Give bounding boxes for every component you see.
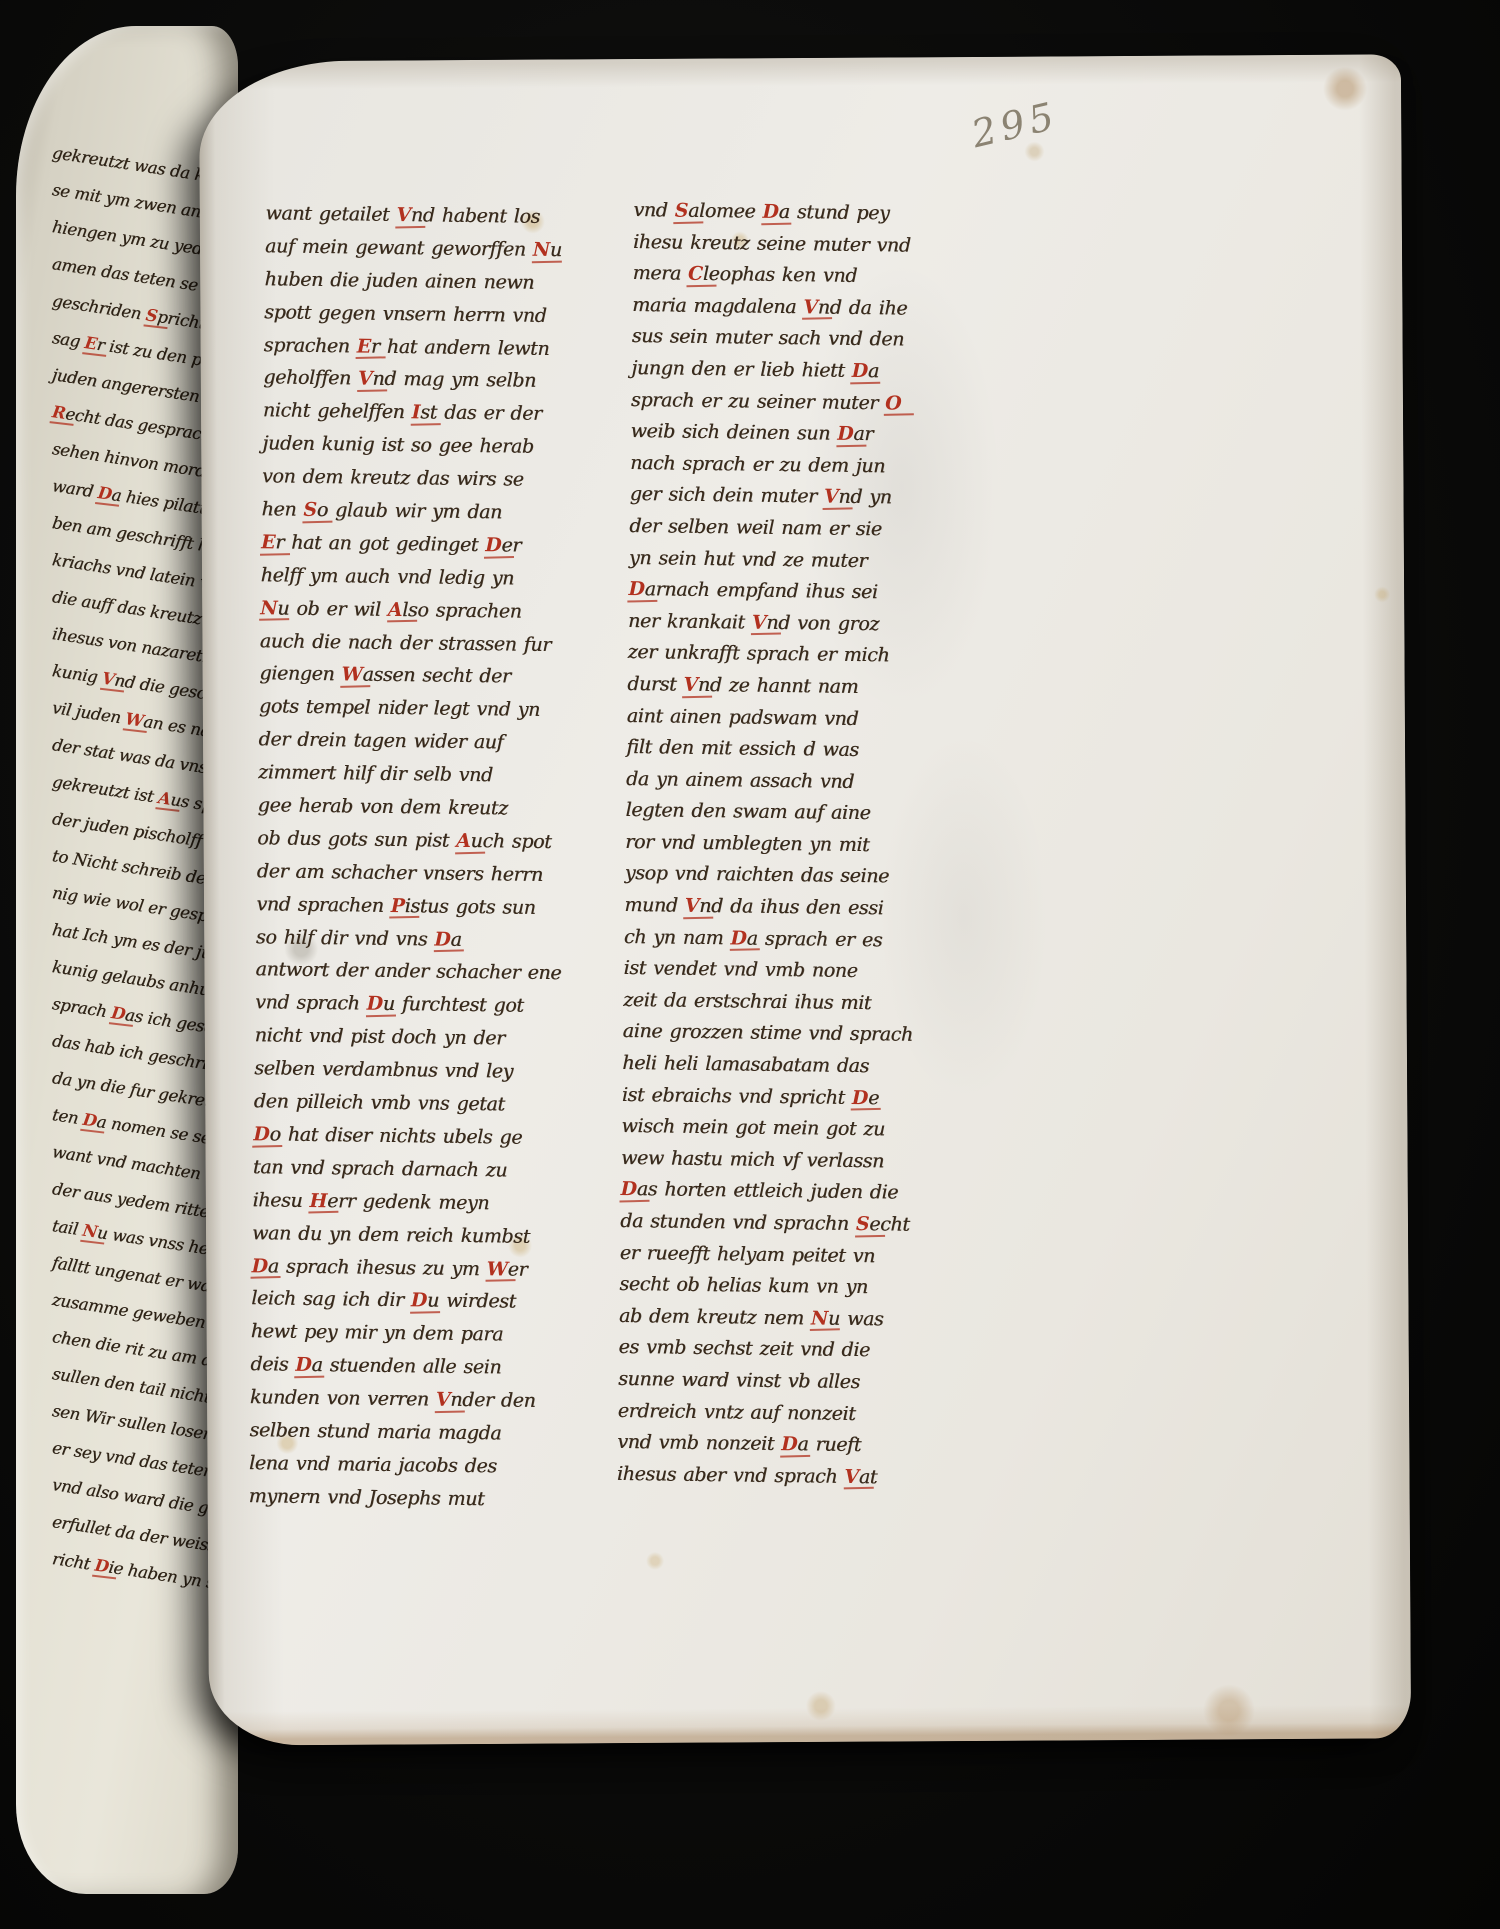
rubricated-initial: D [485,534,501,556]
manuscript-line: nach sprach er zu dem jun [630,448,956,484]
manuscript-line: sprach er zu seiner muter O [631,385,957,421]
manuscript-line: er rueefft helyam peitet vn [620,1238,946,1274]
manuscript-line: ihesus aber vnd sprach Vat [617,1459,943,1495]
manuscript-line: da stunden vnd sprachn Secht [620,1206,946,1242]
manuscript-line: so hilf dir vnd vns Da [256,921,592,958]
manuscript-line: selben verdambnus vnd ley [254,1052,590,1089]
manuscript-line: mund Vnd da ihus den essi [624,890,950,926]
rubricated-initial: N [811,1307,828,1329]
manuscript-line: ab dem kreutz nem Nu was [619,1301,945,1337]
rubricated-initial: D [762,201,778,223]
rubricated-initial: D [93,1556,110,1577]
manuscript-line: Do hat diser nichts ubels ge [253,1118,589,1155]
rubricated-initial: V [101,669,116,690]
manuscript-line: weib sich deinen sun Dar [630,416,956,452]
manuscript-line: nicht vnd pist doch yn der [255,1019,591,1056]
manuscript-line: gee herab von dem kreutz [258,789,594,826]
manuscript-line: Da sprach ihesus zu ym Wer [251,1250,587,1287]
manuscript-line: kunden von verren Vnder den [250,1381,586,1418]
manuscript-line: mynern vnd Josephs mut [248,1480,584,1517]
rubricated-initial: V [358,368,373,390]
manuscript-line: ror vnd umblegten yn mit [625,827,951,863]
rubricated-initial: A [388,599,403,621]
manuscript-line: want getailet Vnd habent los [265,197,601,234]
manuscript-line: Das horten ettleich juden die [620,1174,946,1210]
rubricated-initial: R [51,402,67,423]
manuscript-line: vnd sprachen Pistus gots sun [256,888,592,925]
rubricated-initial: V [396,204,411,226]
manuscript-line: wan du yn dem reich kumbst [252,1217,588,1254]
manuscript-line: mera Cleophas ken vnd [632,258,958,294]
manuscript-line: Nu ob er wil Also sprachen [260,592,596,629]
rubricated-initial: D [837,423,853,445]
manuscript-line: huben die juden ainen newn [264,263,600,300]
manuscript-page: 295 want getailet Vnd habent losauf mein… [199,54,1411,1745]
rubricated-initial: N [81,1221,98,1242]
manuscript-photo: gekreutzt was da kreutzigse mit ym zwen … [0,0,1500,1929]
rubricated-initial: D [82,1110,99,1131]
manuscript-line: vnd Salomee Da stund pey [633,195,959,231]
manuscript-line: ihesu kreutz seine muter vnd [633,227,959,263]
manuscript-line: erdreich vntz auf nonzeit [618,1395,944,1431]
rubricated-initial: S [145,305,159,326]
rubricated-initial: S [303,499,317,521]
rubricated-initial: V [844,1466,859,1488]
manuscript-line: wisch mein got mein got zu [621,1111,947,1147]
rubricated-initial: D [434,928,450,950]
rubricated-initial: D [367,993,383,1015]
manuscript-line: auf mein gewant geworffen Nu [265,230,601,267]
manuscript-line: da yn ainem assach vnd [626,764,952,800]
rubricated-initial: P [391,895,405,917]
rubricated-initial: V [683,674,698,696]
manuscript-line: secht ob helias kum vn yn [619,1269,945,1305]
manuscript-line: durst Vnd ze hannt nam [627,669,953,705]
rubricated-initial: W [487,1258,508,1280]
manuscript-line: nicht gehelffen Ist das er der [263,395,599,432]
manuscript-line: antwort der ander schacher ene [255,954,591,991]
rubricated-initial: D [411,1290,427,1312]
rubricated-initial: W [124,709,145,731]
rubricated-initial: A [456,830,471,852]
rubricated-initial: E [83,333,98,354]
manuscript-line: zer unkrafft sprach er mich [627,637,953,673]
manuscript-line: ch yn nam Da sprach er es [624,922,950,958]
manuscript-line: vnd vmb nonzeit Da rueft [617,1427,943,1463]
manuscript-line: sunne ward vinst vb alles [618,1364,944,1400]
manuscript-line: deis Da stuenden alle sein [250,1348,586,1385]
manuscript-line: yn sein hut vnd ze muter [629,543,955,579]
manuscript-line: geholffen Vnd mag ym selbn [263,362,599,399]
rubricated-initial: O [885,392,901,414]
manuscript-line: zimmert hilf dir selb vnd [258,756,594,793]
rubricated-initial: V [803,296,818,318]
rubricated-initial: D [253,1123,269,1145]
manuscript-line: ihesu Herr gedenk meyn [252,1184,588,1221]
text-column-right: vnd Salomee Da stund peyihesu kreutz sei… [617,195,960,1495]
manuscript-line: leich sag ich dir Du wirdest [251,1283,587,1320]
rubricated-initial: V [685,895,700,917]
manuscript-line: hewt pey mir yn dem para [251,1315,587,1352]
rubricated-initial: W [341,664,362,686]
manuscript-line: von dem kreutz das wirs se [262,460,598,497]
manuscript-line: zeit da erstschrai ihus mit [623,985,949,1021]
rubricated-initial: N [260,597,277,619]
manuscript-line: aint ainen padswam vnd [627,700,953,736]
rubricated-initial: N [533,239,550,261]
manuscript-line: selben stund maria magda [249,1414,585,1451]
manuscript-line: ist vendet vnd vmb none [623,953,949,989]
rubricated-initial: D [730,927,746,949]
manuscript-line: jungn den er lieb hiett Da [631,353,957,389]
manuscript-line: ob dus gots sun pist Auch spot [257,822,593,859]
manuscript-line: tan vnd sprach darnach zu [253,1151,589,1188]
manuscript-line: den pilleich vmb vns getat [254,1085,590,1122]
manuscript-line: helff ym auch vnd ledig yn [261,559,597,596]
rubricated-initial: I [412,402,421,424]
rubricated-initial: A [157,788,172,809]
rubricated-initial: D [852,360,868,382]
rubricated-initial: D [295,1354,311,1376]
manuscript-line: ger sich dein muter Vnd yn [630,479,956,515]
manuscript-line: gots tempel nider legt vnd yn [259,691,595,728]
manuscript-line: ysop vnd raichten das seine [625,858,951,894]
manuscript-line: aine grozzen stime vnd sprach [623,1016,949,1052]
page-number: 295 [967,93,1062,156]
manuscript-line: juden kunig ist so gee herab [262,427,598,464]
manuscript-line: auch die nach der strassen fur [260,625,596,662]
rubricated-initial: D [621,1178,637,1200]
manuscript-line: giengen Wassen secht der [259,658,595,695]
manuscript-line: legten den swam auf aine [625,795,951,831]
manuscript-line: filt den mit essich d was [626,732,952,768]
manuscript-line: ist ebraichs vnd spricht De [622,1080,948,1116]
manuscript-line: vnd sprach Du furchtest got [255,987,591,1024]
rubricated-initial: D [96,483,113,504]
manuscript-line: der drein tagen wider auf [258,723,594,760]
rubricated-initial: E [357,335,371,357]
rubricated-initial: V [752,611,767,633]
rubricated-initial: D [852,1087,868,1109]
rubricated-initial: D [110,1003,127,1024]
rubricated-initial: D [252,1255,268,1277]
manuscript-line: sprachen Er hat andern lewtn [264,329,600,366]
manuscript-line: wew hastu mich vf verlassn [621,1143,947,1179]
manuscript-line: Darnach empfand ihus sei [628,574,954,610]
manuscript-line: der am schacher vnsers herrn [257,855,593,892]
manuscript-line: Er hat an got gedinget Der [261,526,597,563]
text-column-left: want getailet Vnd habent losauf mein gew… [248,197,601,1517]
manuscript-line: sus sein muter sach vnd den [632,321,958,357]
rubricated-initial: V [824,486,839,508]
rubricated-initial: S [856,1213,870,1235]
rubricated-initial: H [309,1190,327,1212]
manuscript-line: der selben weil nam er sie [629,511,955,547]
manuscript-line: ner krankait Vnd von groz [628,606,954,642]
rubricated-initial: D [628,578,644,600]
rubricated-initial: V [436,1389,451,1411]
manuscript-line: heli heli lamasabatam das [622,1048,948,1084]
rubricated-initial: C [688,263,703,285]
rubricated-initial: E [261,531,275,553]
manuscript-line: maria magdalena Vnd da ihe [632,290,958,326]
rubricated-initial: D [781,1433,797,1455]
rubricated-initial: S [675,200,689,222]
manuscript-line: es vmb sechst zeit vnd die [618,1332,944,1368]
manuscript-line: hen So glaub wir ym dan [261,493,597,530]
manuscript-line: spott gegen vnsern herrn vnd [264,296,600,333]
manuscript-line: lena vnd maria jacobs des [249,1447,585,1484]
